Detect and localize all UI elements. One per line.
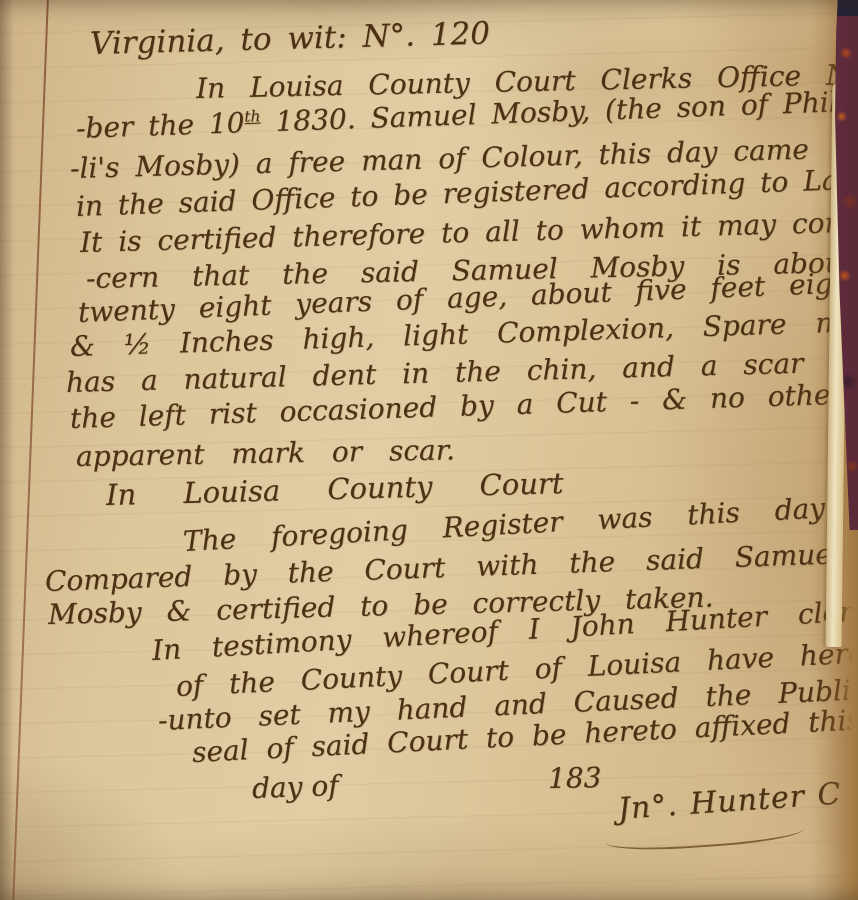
manuscript-page: Virginia, to wit: N°. 120 In Louisa Coun… — [0, 0, 858, 900]
signature-underline-flourish — [606, 829, 804, 854]
court-heading-line: In Louisa County Court — [106, 466, 564, 512]
page-margin-line — [12, 0, 49, 900]
clerk-signature: Jn°. Hunter C — [617, 776, 843, 827]
year-blank: 183 — [548, 761, 602, 795]
ordinal-superscript: th — [244, 107, 261, 126]
heading-line: Virginia, to wit: N°. 120 — [90, 16, 491, 62]
page-gutter-shadow — [0, 0, 14, 900]
day-of-blank: day of — [251, 769, 339, 805]
date-line-prefix: -ber the 10 — [75, 106, 245, 145]
body-line: apparent mark or scar. — [76, 433, 455, 473]
